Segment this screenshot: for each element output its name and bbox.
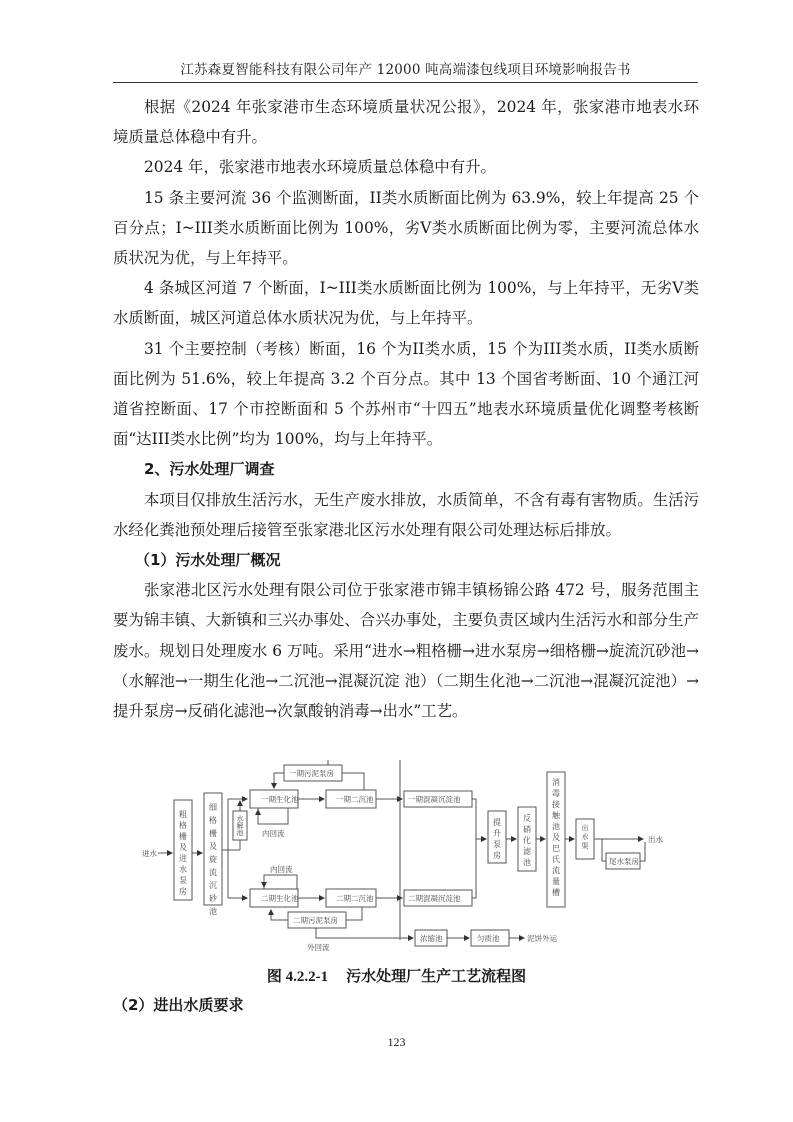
box-phase2-coag: 二期混凝沉淀池	[408, 893, 461, 903]
box-tail-pump: 尾水泵房	[609, 856, 639, 866]
box-phase1-sludge-pump: 一期污泥泵房	[289, 768, 334, 778]
box-phase1-coag: 一期混凝沉淀池	[408, 794, 461, 804]
page-number: 123	[0, 1035, 793, 1050]
box-hydrolysis: 水解池	[236, 814, 244, 837]
box-phase2-sludge-pump: 二期污泥泵房	[293, 915, 338, 925]
paragraph: 4 条城区河道 7 个断面，I~III类水质断面比例为 100%，与上年持平，无…	[113, 273, 699, 333]
process-flow-diagram: 进水 出水 一期生化池 一期二沉池 一期污泥泵房 一期混凝沉淀池 内回流 外回流…	[140, 760, 700, 960]
paragraph: 张家港北区污水处理有限公司位于张家港市锦丰镇杨锦公路 472 号，服务范围主要为…	[113, 575, 699, 726]
subsection-heading: （2）进出水质要求	[113, 994, 243, 1015]
label-inlet: 进水	[142, 848, 157, 858]
paragraph: 根据《2024 年张家港市生态环境质量状况公报》，2024 年，张家港市地表水环…	[113, 92, 699, 152]
page-header: 江苏森夏智能科技有限公司年产 12000 吨高端漆包线项目环境影响报告书	[113, 60, 698, 83]
label-internal-reflux-1: 内回流	[262, 828, 285, 838]
label-external-reflux-2: 外回流	[307, 942, 330, 952]
label-internal-reflux-2: 内回流	[270, 864, 293, 874]
box-disinfection: 消毒接触池及巴氏流量槽	[551, 777, 561, 899]
box-phase2-bio: 二期生化池	[261, 893, 299, 903]
paragraph: 15 条主要河流 36 个监测断面，II类水质断面比例为 63.9%，较上年提高…	[113, 183, 699, 274]
paragraph: 本项目仅排放生活污水，无生产废水排放，水质简单，不含有毒有害物质。生活污水经化粪…	[113, 485, 699, 545]
box-phase2-clarifier: 二期二沉池	[336, 893, 374, 903]
figure-caption: 图 4.2.2-1污水处理厂生产工艺流程图	[0, 965, 793, 986]
box-phase1-bio: 一期生化池	[261, 794, 299, 804]
box-fine-screen: 细格栅及旋流沉砂池	[208, 803, 218, 920]
box-thickener: 浓缩池	[420, 933, 443, 943]
paragraph: 31 个主要控制（考核）断面，16 个为II类水质，15 个为III类水质，II…	[113, 334, 699, 455]
label-sludge-out: 泥饼外运	[527, 933, 557, 943]
body-text: 根据《2024 年张家港市生态环境质量状况公报》，2024 年，张家港市地表水环…	[113, 92, 699, 726]
box-lift-pump: 提升泵房	[493, 817, 502, 862]
section-heading: 2、污水处理厂调查	[113, 454, 699, 484]
box-denitrification: 反硝化滤池	[522, 813, 532, 869]
figure-number: 图 4.2.2-1	[267, 969, 328, 985]
figure-title: 污水处理厂生产工艺流程图	[346, 967, 526, 985]
label-outlet: 出水	[648, 834, 663, 844]
paragraph: 2024 年，张家港市地表水环境质量总体稳中有升。	[113, 152, 699, 182]
box-homogenizer: 匀质池	[477, 933, 500, 943]
box-phase1-clarifier: 一期二沉池	[336, 794, 374, 804]
box-outlet-channel: 出水渠	[581, 823, 589, 851]
subsection-heading: （1）污水处理厂概况	[113, 545, 699, 575]
box-coarse-screen: 粗格栅及进水泵房	[179, 809, 188, 898]
